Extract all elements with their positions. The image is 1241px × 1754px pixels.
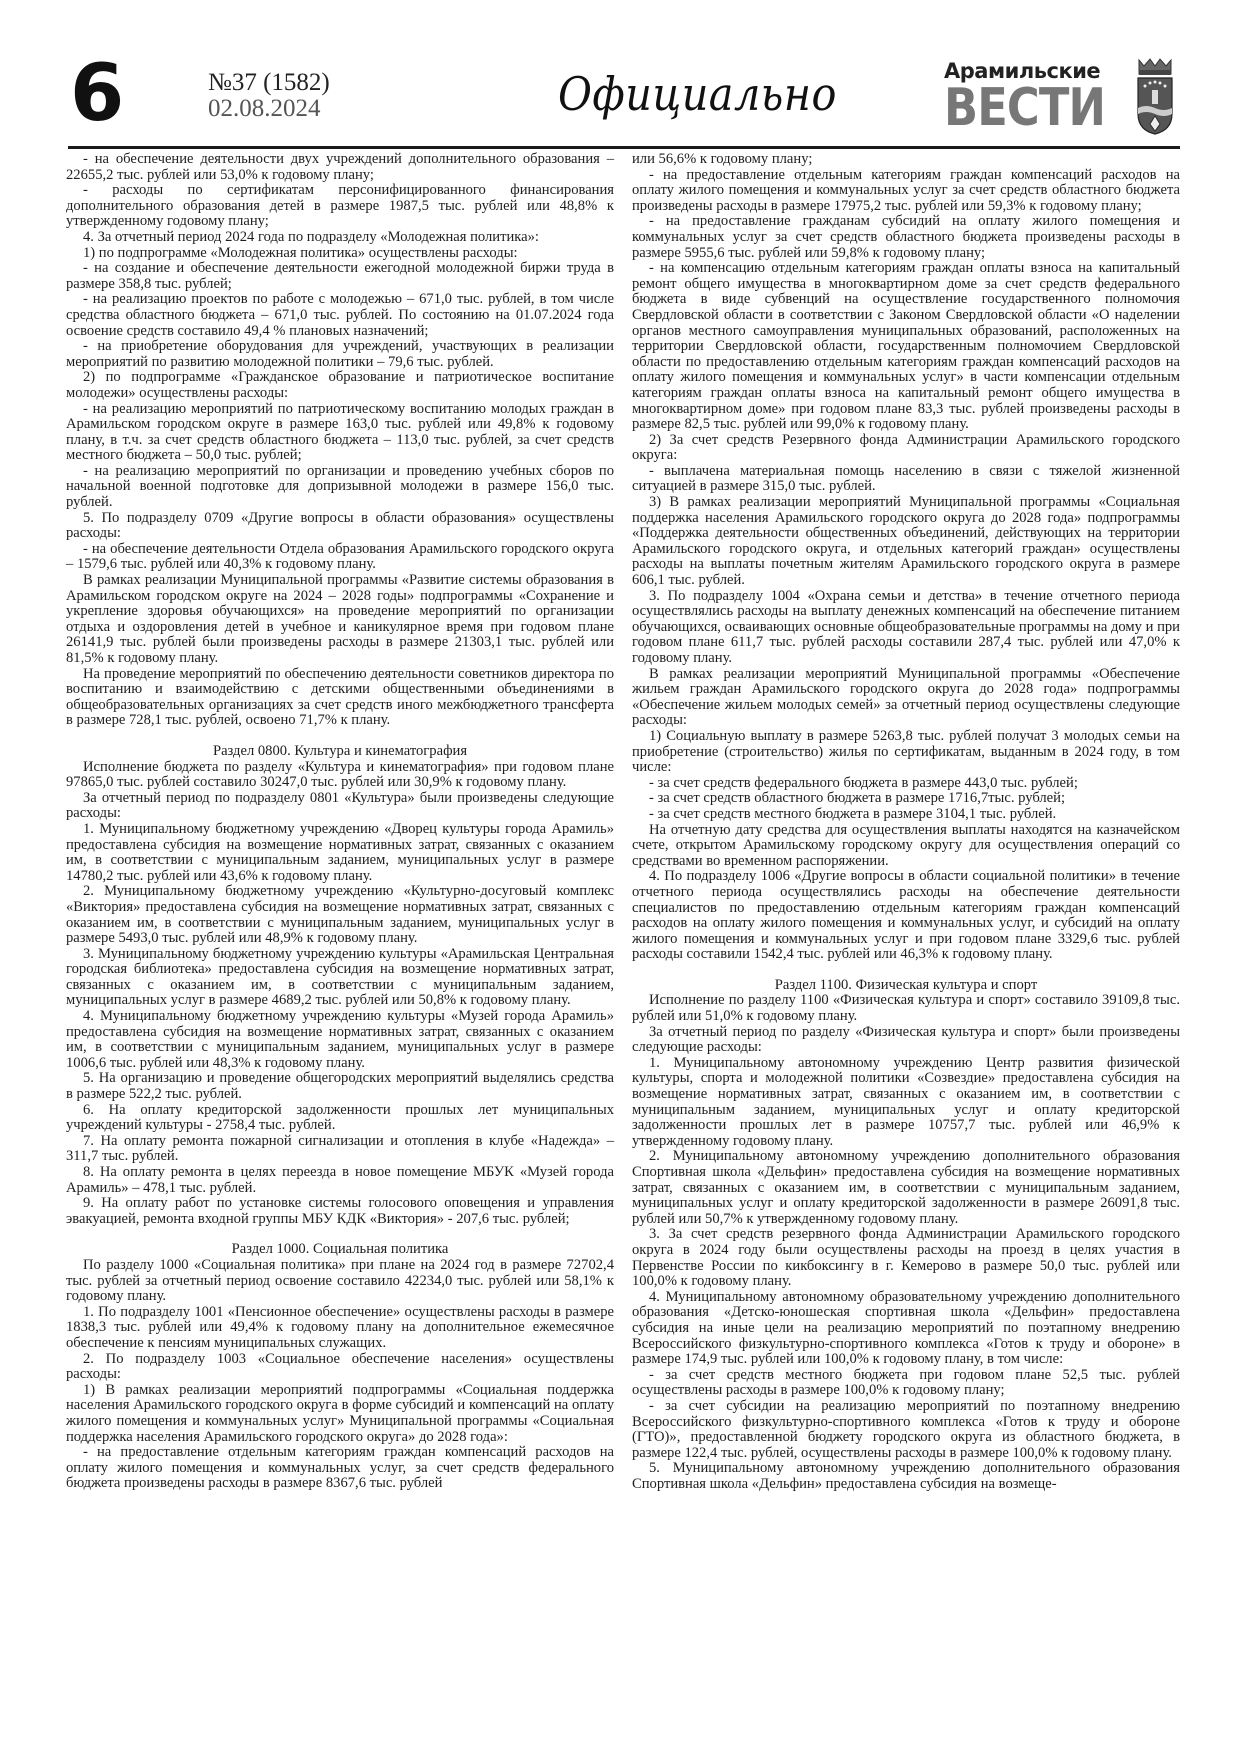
paragraph: 2. Муниципальному автономному учреждению… [632, 1149, 1180, 1227]
paragraph: 1. Муниципальному автономному учреждению… [632, 1056, 1180, 1150]
paragraph: 6. На оплату кредиторской задолженности … [66, 1103, 614, 1134]
paragraph: На проведение мероприятий по обеспечению… [66, 667, 614, 729]
paragraph: 4. За отчетный период 2024 года по подра… [66, 230, 614, 246]
paragraph: - на создание и обеспечение деятельности… [66, 261, 614, 292]
paragraph: - на обеспечение деятельности двух учреж… [66, 152, 614, 183]
paragraph: 9. На оплату работ по установке системы … [66, 1196, 614, 1227]
paragraph: - выплачена материальная помощь населени… [632, 464, 1180, 495]
section-heading: Раздел 0800. Культура и кинематография [66, 744, 614, 760]
masthead: 6 №37 (1582) 02.08.2024 Официально Арами… [68, 48, 1180, 148]
paragraph: 4. По подразделу 1006 «Другие вопросы в … [632, 869, 1180, 963]
paragraph: По разделу 1000 «Социальная политика» пр… [66, 1258, 614, 1305]
paragraph: 3. Муниципальному бюджетному учреждению … [66, 947, 614, 1009]
paragraph: 3. По подразделу 1004 «Охрана семьи и де… [632, 589, 1180, 667]
paragraph: - за счет средств местного бюджета в раз… [632, 807, 1180, 823]
paragraph: 1. Муниципальному бюджетному учреждению … [66, 822, 614, 884]
paragraph: - за счет субсидии на реализацию меропри… [632, 1399, 1180, 1461]
paragraph: - на предоставление отдельным категориям… [66, 1445, 614, 1492]
paragraph: В рамках реализации мероприятий Муниципа… [632, 667, 1180, 729]
paragraph: 8. На оплату ремонта в целях переезда в … [66, 1165, 614, 1196]
issue-date: 02.08.2024 [208, 96, 330, 122]
paragraph: - за счет средств федерального бюджета в… [632, 776, 1180, 792]
paragraph: 5. Муниципальному автономному учреждению… [632, 1461, 1180, 1492]
paragraph: На отчетную дату средства для осуществле… [632, 823, 1180, 870]
issue-info: №37 (1582) 02.08.2024 [208, 70, 330, 122]
paragraph: 2) За счет средств Резервного фонда Адми… [632, 433, 1180, 464]
left-column: - на обеспечение деятельности двух учреж… [66, 152, 614, 1492]
logo-main-text: ВЕСТИ [944, 82, 1099, 134]
paragraph: 1. По подразделу 1001 «Пенсионное обеспе… [66, 1305, 614, 1352]
paragraph: 3) В рамках реализации мероприятий Муниц… [632, 495, 1180, 589]
paragraph: - на предоставление отдельным категориям… [632, 168, 1180, 215]
paragraph: 5. На организацию и проведение общегород… [66, 1071, 614, 1102]
paragraph: Исполнение по разделу 1100 «Физическая к… [632, 993, 1180, 1024]
newspaper-logo: Арамильские ВЕСТИ [944, 60, 1124, 134]
paragraph: - расходы по сертификатам персонифициров… [66, 183, 614, 230]
paragraph: 1) по подпрограмме «Молодежная политика»… [66, 246, 614, 262]
city-coat-of-arms-icon [1134, 56, 1176, 136]
paragraph: - на предоставление гражданам субсидий н… [632, 214, 1180, 261]
paragraph: Исполнение бюджета по разделу «Культура … [66, 760, 614, 791]
paragraph: За отчетный период по подразделу 0801 «К… [66, 791, 614, 822]
section-heading: Раздел 1100. Физическая культура и спорт [632, 978, 1180, 994]
paragraph: - на реализацию мероприятий по патриотич… [66, 402, 614, 464]
paragraph: 4. Муниципальному автономному образовате… [632, 1290, 1180, 1368]
section-title: Официально [558, 66, 837, 122]
paragraph: - на обеспечение деятельности Отдела обр… [66, 542, 614, 573]
section-heading: Раздел 1000. Социальная политика [66, 1242, 614, 1258]
paragraph: 2. По подразделу 1003 «Социальное обеспе… [66, 1352, 614, 1383]
masthead-divider [68, 146, 1180, 149]
page-number: 6 [70, 54, 122, 134]
paragraph: - на реализацию мероприятий по организац… [66, 464, 614, 511]
right-column: или 56,6% к годовому плану;- на предоста… [632, 152, 1180, 1492]
paragraph: 7. На оплату ремонта пожарной сигнализац… [66, 1134, 614, 1165]
paragraph: 1) Социальную выплату в размере 5263,8 т… [632, 729, 1180, 776]
paragraph: - за счет средств местного бюджета при г… [632, 1368, 1180, 1399]
paragraph: За отчетный период по разделу «Физическа… [632, 1025, 1180, 1056]
paragraph: 4. Муниципальному бюджетному учреждению … [66, 1009, 614, 1071]
paragraph: - на приобретение оборудования для учреж… [66, 339, 614, 370]
paragraph: - на компенсацию отдельным категориям гр… [632, 261, 1180, 433]
paragraph: 2) по подпрограмме «Гражданское образова… [66, 370, 614, 401]
paragraph: или 56,6% к годовому плану; [632, 152, 1180, 168]
issue-number: №37 (1582) [208, 70, 330, 96]
paragraph: - на реализацию проектов по работе с мол… [66, 292, 614, 339]
paragraph: - за счет средств областного бюджета в р… [632, 791, 1180, 807]
paragraph: 5. По подразделу 0709 «Другие вопросы в … [66, 511, 614, 542]
paragraph: В рамках реализации Муниципальной програ… [66, 573, 614, 667]
paragraph: 1) В рамках реализации мероприятий подпр… [66, 1383, 614, 1445]
paragraph: 2. Муниципальному бюджетному учреждению … [66, 884, 614, 946]
paragraph: 3. За счет средств резервного фонда Адми… [632, 1227, 1180, 1289]
